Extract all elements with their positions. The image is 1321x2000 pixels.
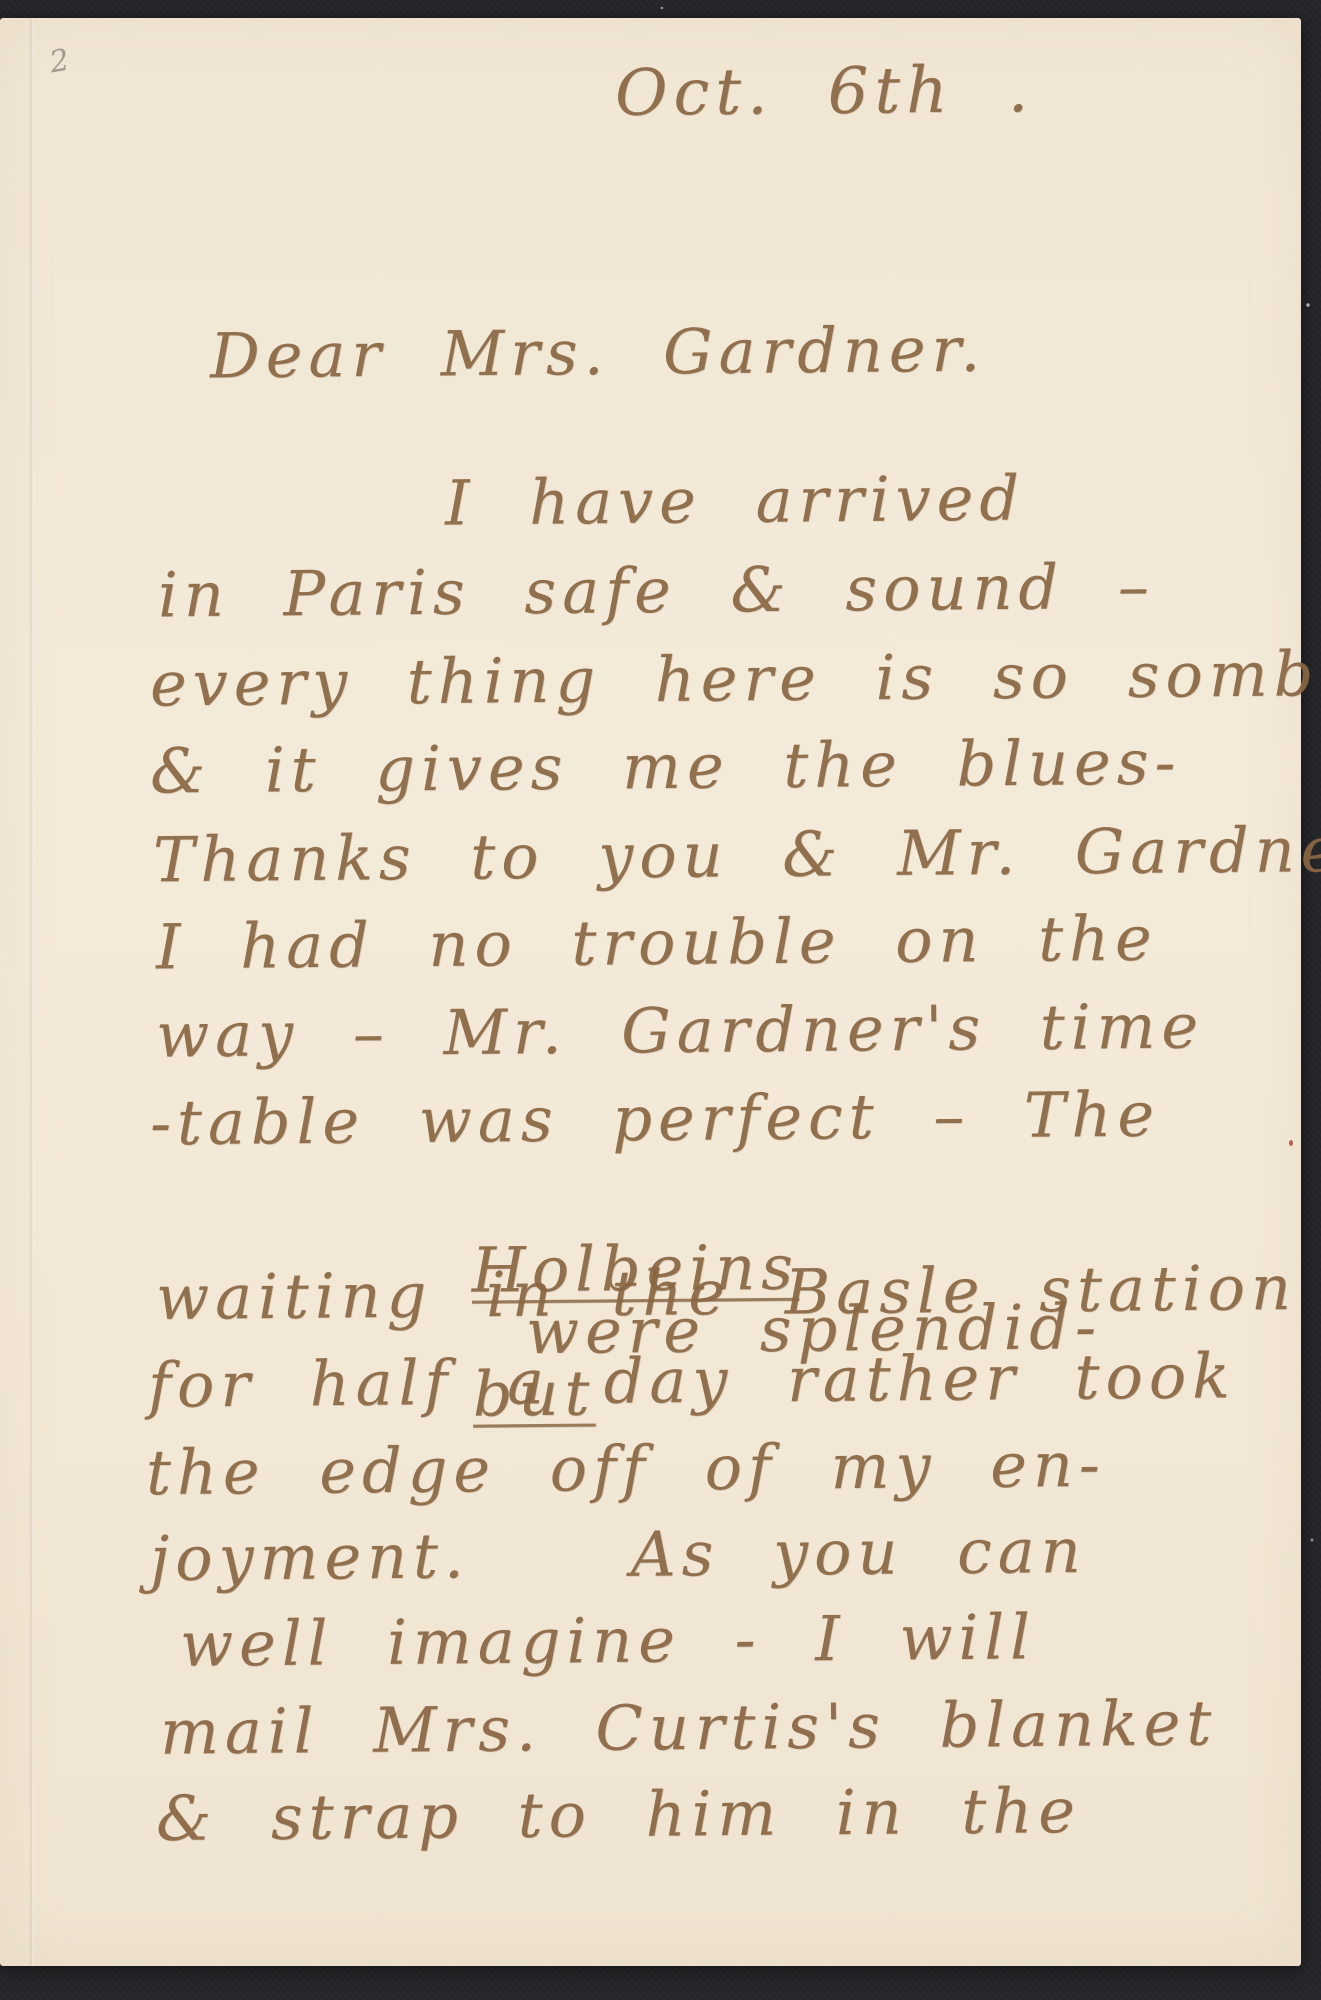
letter-line: joyment. As you can bbox=[150, 1520, 1087, 1590]
letter-line: in Paris safe & sound – bbox=[158, 556, 1155, 627]
letter-line: the edge off of my en- bbox=[146, 1434, 1106, 1504]
page-number-pencil: 2 bbox=[47, 43, 72, 81]
letter-line: waiting in the Basle station bbox=[156, 1257, 1297, 1329]
scan-background: 2 Oct. 6th . Dear Mrs. Gardner. I have a… bbox=[0, 0, 1321, 2000]
letter-line: & it gives me the blues- bbox=[150, 732, 1182, 803]
letter-line: mail Mrs. Curtis's blanket bbox=[160, 1692, 1218, 1763]
salutation-line: Dear Mrs. Gardner. bbox=[210, 319, 987, 388]
fold-crease bbox=[30, 18, 34, 1966]
letter-line: & strap to him in the bbox=[156, 1780, 1081, 1850]
letter-line: Thanks to you & Mr. Gardner bbox=[153, 819, 1321, 892]
letter-line: -table was perfect – The bbox=[150, 1084, 1161, 1155]
letter-line: for half a day rather took bbox=[148, 1345, 1236, 1416]
letter-line: way – Mr. Gardner's time bbox=[156, 995, 1205, 1066]
red-ink-fleck bbox=[1289, 1140, 1293, 1146]
letter-line: well imagine - I will bbox=[180, 1606, 1036, 1675]
date-line: Oct. 6th . bbox=[615, 58, 1035, 126]
letter-page: 2 Oct. 6th . Dear Mrs. Gardner. I have a… bbox=[0, 18, 1301, 1966]
letter-line: I had no trouble on the bbox=[156, 908, 1158, 979]
letter-line: I have arrived bbox=[445, 467, 1026, 534]
letter-line: every thing here is so sombre bbox=[150, 643, 1321, 716]
